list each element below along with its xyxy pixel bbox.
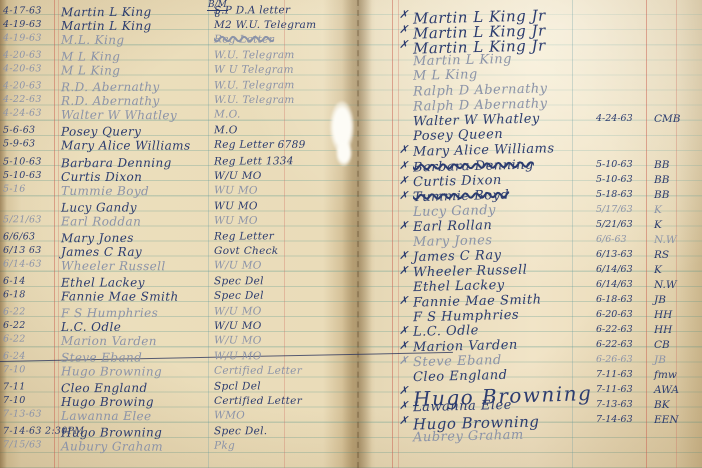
sender-name: Wheeler Russell: [61, 259, 166, 273]
recipient-signature: Martin L King Jr: [413, 6, 546, 27]
sender-name: Mary Alice Williams: [61, 139, 191, 153]
mail-method: Certified Letter: [214, 365, 302, 377]
delivery-date: 6-26-63: [596, 354, 650, 365]
entry-date: 5/21/63: [3, 214, 57, 225]
method-column-line: [208, 0, 209, 468]
entry-date: 7-14-63 2:30PM: [3, 426, 57, 437]
sender-name: Curtis Dixon: [61, 170, 142, 184]
recipient-signature: Wheeler Russell: [413, 262, 528, 280]
delivery-date: 5-10-63: [596, 159, 650, 170]
recipient-signature: Tummie Boyd: [413, 187, 510, 204]
right-margin-line-2: [398, 0, 399, 468]
sender-name: M L King: [61, 64, 120, 78]
sender-name: Walter W Whatley: [61, 108, 177, 122]
mail-method: M2 W.U. Telegram: [214, 19, 316, 31]
mail-method: Spec Del: [214, 290, 264, 302]
mail-method: Pkg: [214, 440, 235, 452]
received-x-mark: ✗: [399, 219, 408, 232]
left-margin-line: [54, 0, 55, 468]
clerk-initials: K: [654, 204, 662, 216]
entry-date: 6/13 63: [3, 245, 57, 256]
entry-date: 6-22: [3, 306, 57, 317]
delivery-date: 4-24-63: [596, 113, 650, 124]
left-margin-line-2: [58, 0, 59, 468]
entry-date: 6-18: [3, 289, 57, 300]
sender-name: Lucy Gandy: [61, 200, 137, 214]
mail-method: WU MO: [214, 214, 258, 226]
received-x-mark: ✗: [399, 174, 408, 187]
clerk-initials: EEN: [654, 414, 679, 426]
ledger-scan: B/M 8 4-17-63Martin L KingS.P D.A letter…: [0, 0, 702, 468]
recipient-signature: Martin L King Jr: [413, 21, 546, 42]
bm-notation: B/M 8: [207, 1, 228, 20]
mail-method: W/U MO: [214, 170, 262, 182]
mail-method: WU MO: [214, 200, 258, 212]
recipient-signature: Steve Eband: [413, 353, 502, 370]
mail-method: Spec Del: [214, 275, 264, 287]
received-x-mark: ✗: [399, 294, 408, 307]
received-x-mark: ✗: [399, 264, 408, 277]
recipient-signature: Walter W Whatley: [413, 112, 540, 130]
recipient-signature: Curtis Dixon: [413, 172, 502, 189]
clerk-initials: CMB: [654, 113, 681, 125]
recipient-signature: Barbara Denning: [413, 157, 534, 175]
delivery-date: 7-14-63: [596, 414, 650, 425]
received-x-mark: ✗: [399, 414, 408, 427]
entry-date: 7-10: [3, 364, 57, 375]
mail-method: Govt Check: [214, 245, 278, 257]
sender-name: M.L. King: [61, 33, 125, 47]
entry-date: 6/6/63: [3, 231, 57, 242]
entry-date: 4-20-63: [3, 80, 57, 91]
recipient-signature: Ralph D Abernathy: [413, 82, 548, 100]
sender-name: Lawanna Elee: [61, 409, 152, 423]
sender-name: Barbara Denning: [61, 155, 172, 169]
sender-name: Ethel Lackey: [61, 275, 145, 289]
recipient-signature: Fannie Mae Smith: [413, 292, 542, 310]
far-right-line: [676, 0, 677, 468]
mail-method: W/U MO: [214, 335, 262, 347]
binding-stitch: [357, 0, 359, 468]
received-x-mark: ✗: [399, 189, 408, 202]
sender-name: Mary Jones: [61, 231, 134, 245]
delivery-date: 6-22-63: [596, 339, 650, 350]
recipient-signature: Cleo England: [413, 368, 508, 385]
mail-method: WMO: [214, 410, 245, 422]
clerk-initials: RS: [654, 249, 669, 261]
sender-name: Cleo England: [61, 381, 148, 395]
mail-method: Certified Letter: [214, 395, 302, 407]
clerk-initials: AWA: [654, 384, 679, 396]
recipient-signature: Lawanna Elee: [413, 398, 512, 415]
delivery-date: 6/14/63: [596, 279, 650, 290]
clerk-initials: BB: [654, 159, 669, 171]
delivery-date: 6-18-63: [596, 294, 650, 305]
delivery-date: 5-18-63: [596, 189, 650, 200]
mail-method: W.U. Telegram: [214, 94, 295, 106]
recipient-signature: Aubrey Graham: [413, 428, 524, 446]
delivery-date: 6/14/63: [596, 264, 650, 275]
sender-name: Hugo Browning: [61, 426, 162, 440]
received-x-mark: ✗: [399, 143, 408, 156]
clerk-initials: HH: [654, 324, 672, 336]
entry-date: 6/14-63: [3, 258, 57, 269]
clerk-initials: JB: [654, 294, 666, 306]
sender-name: James C Ray: [61, 245, 142, 259]
sender-name: Hugo Browning: [61, 365, 162, 379]
clerk-initials: K: [654, 264, 662, 276]
mail-method: M.O.: [214, 109, 241, 121]
mail-method: M.O: [214, 125, 238, 137]
recipient-signature: Ralph D Abernathy: [413, 97, 548, 115]
delivery-date: 5/21/63: [596, 219, 650, 230]
clerk-initials: BB: [654, 189, 669, 201]
mail-method: W/U MO: [214, 320, 262, 332]
paper-hole-small: [336, 140, 352, 166]
clerk-initials: CB: [654, 339, 670, 351]
entry-date: 7-13-63: [3, 409, 57, 420]
sender-name: Posey Query: [61, 125, 141, 139]
crossed-out-entry-line: [0, 352, 453, 362]
sender-name: Martin L King: [61, 19, 152, 33]
sender-name: Martin L King: [61, 5, 152, 19]
mail-method: W.U. Telegram: [214, 79, 295, 91]
delivery-date: 5-10-63: [596, 174, 650, 185]
mail-method: Reg Letter: [214, 230, 274, 242]
clerk-initials: JB: [654, 354, 666, 366]
entry-date: 6-22: [3, 334, 57, 345]
recipient-signature: F S Humphries: [413, 308, 520, 326]
entry-date: 4-24-63: [3, 108, 57, 119]
received-x-mark: ✗: [399, 399, 408, 412]
clerk-initials: K: [654, 219, 662, 231]
right-margin-line: [392, 0, 393, 468]
entry-date: 7-10: [3, 395, 57, 406]
mail-method: W/U MO: [214, 305, 262, 317]
delivery-date: 6/6-63: [596, 234, 650, 245]
received-x-mark: ✗: [399, 354, 408, 367]
received-x-mark: ✗: [399, 249, 408, 262]
received-x-mark: ✗: [399, 159, 408, 172]
delivery-date: 6-20-63: [596, 309, 650, 320]
entry-date: 5-6-63: [3, 125, 57, 136]
mail-method: W U Telegram: [214, 64, 294, 76]
entry-date: 4-20-63: [3, 63, 57, 74]
entry-date: 5-16: [3, 183, 57, 194]
entry-date: 5-10-63: [3, 170, 57, 181]
sender-name: Hugo Browing: [61, 395, 154, 409]
entry-date: 4-20-63: [3, 50, 57, 61]
entry-date: 6-22: [3, 320, 57, 331]
date-column-line: [572, 0, 573, 468]
mail-method: Spec Del.: [214, 426, 267, 438]
entry-date: 4-17-63: [3, 5, 57, 16]
sender-name: F S Humphries: [61, 306, 158, 320]
received-x-mark: ✗: [399, 23, 408, 36]
entry-date: 6-14: [3, 276, 57, 287]
entry-date: 4-19-63: [3, 33, 57, 44]
sender-name: Aubury Graham: [61, 440, 163, 454]
clerk-initials: fmw: [654, 369, 677, 381]
recipient-signature: Mary Jones: [413, 233, 493, 250]
mail-method: W.U. Telegram: [214, 49, 295, 61]
sender-name: Earl Roddan: [61, 214, 141, 228]
entry-date: 7-11: [3, 381, 57, 392]
initials-column-line: [646, 0, 647, 468]
clerk-initials: HH: [654, 309, 672, 321]
received-x-mark: ✗: [399, 38, 408, 51]
mail-method: Spcl Del: [214, 381, 261, 393]
recipient-signature: Hugo Browning: [413, 381, 593, 411]
recipient-signature: Lucy Gandy: [413, 203, 496, 220]
delivery-date: 7-13-63: [596, 399, 650, 410]
recipient-signature: M L King: [413, 67, 478, 84]
recipient-signature: Ethel Lackey: [413, 278, 505, 295]
delivery-date: 7-11-63: [596, 369, 650, 380]
entry-date: 4-19-63: [3, 19, 57, 30]
recipient-signature: Posey Queen: [413, 127, 504, 144]
recipient-signature: Mary Alice Williams: [413, 142, 555, 160]
sender-name: Tummie Boyd: [61, 183, 149, 197]
bm-notation-sub: 8: [215, 10, 221, 20]
delivery-date: 5/17/63: [596, 204, 650, 215]
delivery-date: 6-22-63: [596, 324, 650, 335]
delivery-date: 7-11-63: [596, 384, 650, 395]
entry-date: 4-22-63: [3, 94, 57, 105]
mail-method: WU MO: [214, 184, 258, 196]
recipient-signature: Hugo Browning: [413, 413, 540, 434]
delivery-date: 6/13-63: [596, 249, 650, 260]
entry-date: 5-10-63: [3, 156, 57, 167]
method-right-line: [284, 0, 285, 468]
entry-date: 5-9-63: [3, 139, 57, 150]
recipient-signature: Martin L King Jr: [413, 36, 546, 57]
sender-name: R.D. Abernathy: [61, 80, 160, 94]
received-x-mark: ✗: [399, 339, 408, 352]
mail-method: Reg Letter: [214, 34, 274, 46]
sender-name: Marion Varden: [61, 334, 157, 348]
mail-method: W/U MO: [214, 259, 262, 271]
recipient-signature: Martin L King: [413, 52, 512, 69]
mail-method: Reg Lett 1334: [214, 155, 294, 167]
received-x-mark: ✗: [399, 384, 408, 397]
sender-name: Fannie Mae Smith: [61, 289, 179, 303]
clerk-initials: N.W: [654, 279, 677, 291]
recipient-signature: Earl Rollan: [413, 218, 493, 235]
entry-date: 7/15/63: [3, 440, 57, 451]
left-page-edge: [0, 0, 7, 468]
mail-method: Reg Letter 6789: [214, 139, 306, 151]
sender-name: R.D. Abernathy: [61, 94, 160, 108]
recipient-signature: L.C. Odle: [413, 323, 479, 340]
sender-name: L.C. Odle: [61, 320, 121, 334]
clerk-initials: BK: [654, 399, 670, 411]
sender-name: M L King: [61, 50, 120, 64]
recipient-signature: James C Ray: [413, 248, 502, 265]
received-x-mark: ✗: [399, 8, 408, 21]
clerk-initials: BB: [654, 174, 669, 186]
received-x-mark: ✗: [399, 324, 408, 337]
clerk-initials: N.W: [654, 234, 677, 246]
